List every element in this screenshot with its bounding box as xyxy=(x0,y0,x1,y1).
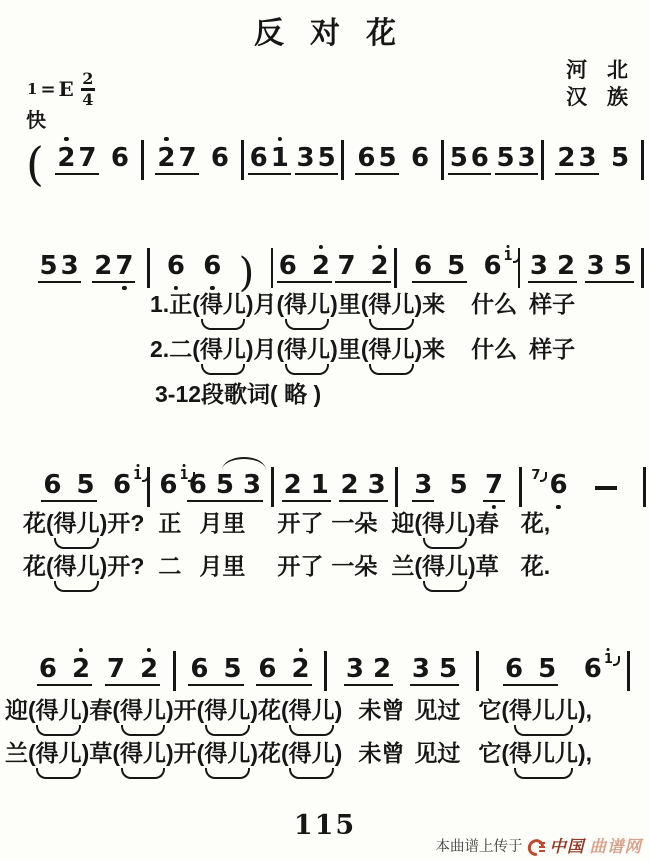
spacer xyxy=(144,554,158,555)
lyric-syllable: (得儿) xyxy=(414,511,475,549)
measure: 5327 xyxy=(26,253,147,283)
note-group: 62 xyxy=(256,656,311,686)
note-digit: 7 xyxy=(115,253,133,279)
lyric-text: 开了 xyxy=(277,511,323,537)
lyric-text: 见过 xyxy=(414,741,460,767)
time-signature: 2 4 xyxy=(81,71,95,108)
spacer xyxy=(517,337,529,338)
lyric-text: 草 xyxy=(89,741,112,767)
spacer xyxy=(245,511,277,512)
lyric-slur xyxy=(201,364,245,375)
lyric-text: 花 xyxy=(258,698,281,724)
note-digit: 5 xyxy=(318,145,336,171)
octave-dot-high xyxy=(298,648,302,652)
note-digit: 7 xyxy=(107,656,125,682)
lyric-line: 兰(得儿)草(得儿)开(得儿)花(得儿)未曾见过它(得儿儿), xyxy=(5,741,592,779)
note-digit: 5 xyxy=(216,472,234,498)
lyric-text: (得儿) xyxy=(46,511,107,537)
lyric-text: (得儿) xyxy=(277,337,338,363)
note-digit: 3 xyxy=(518,145,536,171)
slur-arc xyxy=(222,457,266,472)
lyric-syllable: 兰 xyxy=(5,741,28,767)
lyric-syllable: 迎 xyxy=(391,511,414,537)
lyric-syllable: 见过 xyxy=(414,698,460,724)
note-group: 65 xyxy=(41,472,96,502)
note-digit: 2 xyxy=(72,656,90,682)
note-group: 65 xyxy=(355,145,398,175)
lyric-syllable: 开了 xyxy=(277,554,323,580)
note-group: 61 xyxy=(248,145,291,175)
octave-dot-high xyxy=(136,464,139,467)
note-group: 65 xyxy=(503,656,558,686)
lyric-text: (得儿) xyxy=(46,554,107,580)
lyric-syllable: (得儿) xyxy=(192,337,253,375)
lyric-slur xyxy=(205,725,249,736)
spacer xyxy=(377,554,391,555)
spacer xyxy=(245,554,277,555)
note-digit: 5 xyxy=(450,145,468,171)
note-digit: 7 xyxy=(178,145,196,171)
lyric-line: 1.正(得儿)月(得儿)里(得儿)来什么样子 xyxy=(150,292,575,330)
note-group: 35 xyxy=(410,656,459,686)
note-digit: 6 xyxy=(189,472,207,498)
spacer xyxy=(342,698,358,699)
lyric-slur xyxy=(54,581,98,592)
note-digit: 2 xyxy=(341,472,359,498)
lyric-text: 一朵 xyxy=(331,511,377,537)
meter-denominator: 4 xyxy=(82,92,93,108)
note-group: 53 xyxy=(38,253,81,283)
note-group: 32 xyxy=(344,656,393,686)
lyric-slur xyxy=(369,319,413,330)
lyric-text: 花 xyxy=(23,554,46,580)
lyric-text: 样子 xyxy=(529,292,575,318)
lyric-syllable: (得儿) xyxy=(112,698,173,736)
note-digit: 2 xyxy=(140,656,158,682)
lyric-syllable: 花 xyxy=(23,511,46,537)
lyric-syllable: (得儿) xyxy=(46,554,107,592)
lyric-text: 未曾 xyxy=(358,698,404,724)
lyric-slur xyxy=(205,768,249,779)
spacer xyxy=(499,511,521,512)
note-digit: 5 xyxy=(538,656,556,682)
notation-line: 656161653212335767 xyxy=(26,467,646,502)
lyric-text: 月 xyxy=(254,337,277,363)
watermark-site-name-light: 曲谱网 xyxy=(590,833,643,857)
close-paren-glyph: ) xyxy=(239,256,255,290)
lyric-syllable: 兰 xyxy=(391,554,414,580)
lyric-text: (得儿) xyxy=(112,698,173,724)
note: 6 xyxy=(210,145,230,175)
lyric-syllable: 花 xyxy=(258,741,281,767)
lyric-text: 花, xyxy=(521,511,550,537)
lyric-text: , xyxy=(586,741,592,767)
lyric-text: 月里 xyxy=(199,511,245,537)
key-tonic-number: 1 xyxy=(27,80,37,98)
note: 6 xyxy=(110,145,130,175)
lyric-syllable: (得儿) xyxy=(28,698,89,736)
lyric-syllable: 来 xyxy=(422,337,445,363)
measure: 6561 xyxy=(26,472,147,502)
lyric-text: (得儿) xyxy=(197,698,258,724)
note-digit: 2 xyxy=(284,472,302,498)
octave-dot-high xyxy=(607,648,610,651)
meter-numerator: 2 xyxy=(82,71,93,87)
lyric-syllable: 花 xyxy=(23,554,46,580)
note: 61 xyxy=(158,472,178,502)
tempo-marking: 快 xyxy=(26,104,46,133)
notation-line: 532766)627265613235 xyxy=(26,248,644,283)
measure: 357 xyxy=(398,472,519,502)
note-digit: 6 xyxy=(471,145,489,171)
grace-digit: 1 xyxy=(504,250,513,263)
spacer xyxy=(181,554,199,555)
measure: 2123 xyxy=(274,472,395,502)
lyric-text: 迎 xyxy=(391,511,414,537)
lyric-text: 花 xyxy=(258,741,281,767)
note-digit: 6 xyxy=(279,253,297,279)
note-digit: 2 xyxy=(291,656,309,682)
note: 61 xyxy=(482,253,502,283)
lyric-text: 它 xyxy=(478,741,501,767)
lyric-text: 春 xyxy=(89,698,112,724)
spacer xyxy=(404,698,414,699)
lyric-syllable: 2. xyxy=(150,337,169,363)
note-digit: 3 xyxy=(346,656,364,682)
lyric-text: (得儿) xyxy=(277,292,338,318)
lyric-text: (得儿) xyxy=(28,698,89,724)
lyric-slur xyxy=(369,364,413,375)
lyric-syllable: 月 xyxy=(254,292,277,318)
measure: 276 xyxy=(144,145,241,175)
note-digit: 5 xyxy=(378,145,396,171)
lyric-text: (得儿) xyxy=(281,698,342,724)
lyric-syllable: 草 xyxy=(476,554,499,580)
lyric-syllable: (得儿儿) xyxy=(501,741,585,779)
lyric-text: (得儿) xyxy=(197,741,258,767)
notation-line: (27627661356565653235 xyxy=(26,140,644,175)
lyric-text: 开 xyxy=(174,741,197,767)
note-group: 65 xyxy=(188,656,243,686)
note-digit: 7 xyxy=(485,472,503,498)
spacer xyxy=(181,511,199,512)
note-digit: 6 xyxy=(159,472,177,498)
octave-dot-high xyxy=(507,245,510,248)
page-title: 反对花 xyxy=(254,8,422,52)
lyric-syllable: 开了 xyxy=(277,511,323,537)
lyric-syllable: (得儿) xyxy=(197,741,258,779)
note-digit: 6 xyxy=(39,656,57,682)
note-digit: 6 xyxy=(211,145,229,171)
key-signature: 1 = E 2 4 xyxy=(27,71,95,108)
note: 6 xyxy=(410,145,430,175)
lyric-text: (得儿) xyxy=(192,337,253,363)
note-digit: 6 xyxy=(411,145,429,171)
lyric-text: (得儿) xyxy=(361,292,422,318)
lyric-syllable: 二 xyxy=(158,554,181,580)
note-digit: 6 xyxy=(113,472,131,498)
grace-digit: 1 xyxy=(133,469,142,482)
lyric-line: 花(得儿)开?正月里开了一朵迎(得儿)春花, xyxy=(23,511,550,549)
octave-dot-high xyxy=(319,245,323,249)
spacer xyxy=(460,741,478,742)
lyric-text: , xyxy=(586,698,592,724)
watermark-text: 本曲谱上传于 xyxy=(436,835,523,856)
lyric-text: 月里 xyxy=(199,554,245,580)
lyric-text: 2. xyxy=(150,337,169,363)
measure: 6272 xyxy=(24,656,173,686)
lyric-text: (得儿) xyxy=(361,337,422,363)
lyric-syllable: 它 xyxy=(478,741,501,767)
lyric-text: 二 xyxy=(158,554,181,580)
lyric-text: 花. xyxy=(521,554,550,580)
lyric-text: 兰 xyxy=(391,554,414,580)
octave-dot-high xyxy=(164,137,168,141)
note-group: 27 xyxy=(55,145,98,175)
note-digit: 2 xyxy=(157,145,175,171)
lyric-text: (得儿儿) xyxy=(501,698,585,724)
spacer xyxy=(323,511,331,512)
lyric-syllable: 它 xyxy=(478,698,501,724)
lyric-syllable: 里 xyxy=(338,292,361,318)
note-digit: 3 xyxy=(579,145,597,171)
note-digit: 2 xyxy=(373,656,391,682)
grace-note: 1 xyxy=(604,653,620,666)
lyric-text: 里 xyxy=(338,337,361,363)
measure: 656 xyxy=(344,145,441,175)
lyric-text: 什么 xyxy=(471,337,517,363)
note-group: 3 xyxy=(412,472,434,502)
note-digit: 3 xyxy=(414,472,432,498)
lyric-syllable: 3-12段歌词( 略 ) xyxy=(155,382,321,408)
lyric-syllable: 一朵 xyxy=(331,554,377,580)
note-digit: 3 xyxy=(530,253,548,279)
octave-dot-low xyxy=(492,505,496,509)
lyric-syllable: 里 xyxy=(338,337,361,363)
lyric-line: 2.二(得儿)月(得儿)里(得儿)来什么样子 xyxy=(150,337,575,375)
note-digit: 6 xyxy=(203,253,221,279)
quyipu-logo-icon xyxy=(528,837,545,854)
measure: 276 xyxy=(44,145,141,175)
octave-dot-low xyxy=(122,286,126,290)
octave-dot-low xyxy=(174,286,178,290)
watermark-site-name-bold: 中国 xyxy=(550,833,585,857)
lyric-line: 3-12段歌词( 略 ) xyxy=(155,382,321,408)
note-digit: 2 xyxy=(94,253,112,279)
lyric-text: 3-12段歌词( 略 ) xyxy=(155,382,321,408)
spacer xyxy=(323,554,331,555)
lyric-syllable: 春 xyxy=(89,698,112,724)
octave-dot-high xyxy=(64,137,68,141)
note-digit: 5 xyxy=(614,253,632,279)
measure: 6561 xyxy=(479,656,628,686)
note-digit: 5 xyxy=(40,253,58,279)
extension-dash xyxy=(595,486,617,490)
spacer xyxy=(517,292,529,293)
lyric-text: 开了 xyxy=(277,554,323,580)
lyric-syllable: (得儿) xyxy=(192,292,253,330)
lyric-syllable: 开? xyxy=(107,511,144,537)
note-digit: 6 xyxy=(483,253,501,279)
note-group: 56 xyxy=(448,145,491,175)
note-group: 7 xyxy=(483,472,505,502)
lyric-syllable: 迎 xyxy=(5,698,28,724)
lyric-syllable: 开 xyxy=(174,698,197,724)
lyric-text: 见过 xyxy=(414,698,460,724)
note-digit: 6 xyxy=(167,253,185,279)
lyric-text: 花 xyxy=(23,511,46,537)
notation-line: 6272656232356561 xyxy=(24,651,630,686)
origin-block: 河 北 汉 族 xyxy=(566,57,628,111)
octave-dot-high xyxy=(147,648,151,652)
measure: 6135 xyxy=(244,145,341,175)
note-digit: 2 xyxy=(557,145,575,171)
measure: 66) xyxy=(150,253,271,283)
lyric-slur xyxy=(423,581,467,592)
lyric-syllable: (得儿) xyxy=(281,741,342,779)
note-digit: 5 xyxy=(447,253,465,279)
lyric-text: (得儿) xyxy=(281,741,342,767)
lyric-text: (得儿) xyxy=(112,741,173,767)
grace-note: 1 xyxy=(504,250,520,263)
spacer xyxy=(499,554,521,555)
note-digit: 1 xyxy=(311,472,329,498)
octave-dot-low xyxy=(556,505,560,509)
lyric-syllable: 样子 xyxy=(529,337,575,363)
note-digit: 3 xyxy=(587,253,605,279)
measure: 6562 xyxy=(176,656,325,686)
note-digit: 3 xyxy=(243,472,261,498)
spacer xyxy=(377,511,391,512)
spacer xyxy=(445,337,471,338)
lyric-text: (得儿儿) xyxy=(501,741,585,767)
note-group: 72 xyxy=(105,656,160,686)
lyric-slur xyxy=(201,319,245,330)
lyric-syllable: 一朵 xyxy=(331,511,377,537)
lyric-slur xyxy=(121,725,165,736)
lyric-syllable: 花, xyxy=(521,511,550,537)
lyric-line: 迎(得儿)春(得儿)开(得儿)花(得儿)未曾见过它(得儿儿), xyxy=(5,698,592,736)
lyric-syllable: 来 xyxy=(422,292,445,318)
lyric-syllable: (得儿) xyxy=(361,292,422,330)
lyric-text: 样子 xyxy=(529,337,575,363)
note-group: 21 xyxy=(282,472,331,502)
lyric-text: 一朵 xyxy=(331,554,377,580)
lyric-syllable: 什么 xyxy=(471,292,517,318)
key-note: E xyxy=(59,77,74,101)
note-digit: 7 xyxy=(78,145,96,171)
note-group: 62 xyxy=(37,656,92,686)
lyric-text: 迎 xyxy=(5,698,28,724)
note-group: 27 xyxy=(92,253,135,283)
note-digit: 5 xyxy=(223,656,241,682)
octave-dot-high xyxy=(278,137,282,141)
lyric-syllable: 未曾 xyxy=(358,698,404,724)
note-digit: 5 xyxy=(439,656,457,682)
note-group: 35 xyxy=(585,253,634,283)
measure: 61653 xyxy=(150,472,271,502)
lyric-text: 1. xyxy=(150,292,169,318)
lyric-text: 开? xyxy=(107,554,144,580)
barline xyxy=(643,467,646,507)
measure: 6561 xyxy=(397,253,518,283)
lyric-syllable: 花. xyxy=(521,554,550,580)
spacer xyxy=(404,741,414,742)
note-digit: 5 xyxy=(450,472,468,498)
barline xyxy=(641,140,644,180)
lyric-text: 开? xyxy=(107,511,144,537)
watermark: 本曲谱上传于 中国 曲谱网 xyxy=(436,833,643,857)
note-digit: 6 xyxy=(258,656,276,682)
measure: 6272 xyxy=(273,253,394,283)
lyric-text: 开 xyxy=(174,698,197,724)
lyric-syllable: (得儿) xyxy=(277,337,338,375)
lyric-syllable: 1. xyxy=(150,292,169,318)
lyric-text: 来 xyxy=(422,337,445,363)
note-digit: 2 xyxy=(557,253,575,279)
note: 61 xyxy=(112,472,132,502)
lyric-syllable: 未曾 xyxy=(358,741,404,767)
lyric-syllable: 正 xyxy=(169,292,192,318)
lyric-text: (得儿) xyxy=(192,292,253,318)
lyric-syllable: 月里 xyxy=(199,554,245,580)
lyric-text: (得儿) xyxy=(414,511,475,537)
note-digit: 3 xyxy=(412,656,430,682)
open-paren-glyph: ( xyxy=(26,145,44,184)
note-digit: 5 xyxy=(497,145,515,171)
barline xyxy=(641,248,644,288)
note-group: 62 xyxy=(277,253,332,283)
origin-region: 河 北 xyxy=(566,57,628,84)
lyric-text: 月 xyxy=(254,292,277,318)
barline xyxy=(627,651,630,691)
lyric-text: 来 xyxy=(422,292,445,318)
note-digit: 6 xyxy=(505,656,523,682)
note-digit: 6 xyxy=(111,145,129,171)
note-group: 35 xyxy=(295,145,338,175)
lyric-slur xyxy=(285,364,329,375)
note-digit: 2 xyxy=(371,253,389,279)
lyric-text: 正 xyxy=(169,292,192,318)
lyric-syllable: 什么 xyxy=(471,337,517,363)
lyric-slur xyxy=(514,768,574,779)
note-digit: 6 xyxy=(414,253,432,279)
spacer xyxy=(445,292,471,293)
note-digit: 6 xyxy=(584,656,602,682)
measure: 3235 xyxy=(520,253,641,283)
note: 6 xyxy=(202,253,222,283)
note-group: 72 xyxy=(335,253,390,283)
measure: 5653 xyxy=(444,145,541,175)
lyric-slur xyxy=(285,319,329,330)
note-digit: 7 xyxy=(337,253,355,279)
grace-note: 7 xyxy=(531,469,547,482)
note: 6 xyxy=(166,253,186,283)
lyric-syllable: 月里 xyxy=(199,511,245,537)
origin-ethnicity: 汉 族 xyxy=(566,84,628,111)
octave-dot-high xyxy=(182,464,185,467)
note-group: 27 xyxy=(155,145,198,175)
measure: 3235 xyxy=(327,656,476,686)
measure: 235 xyxy=(544,145,641,175)
grace-note: 1 xyxy=(133,469,149,482)
lyric-syllable: (得儿) xyxy=(361,337,422,375)
lyric-line: 花(得儿)开?二月里开了一朵兰(得儿)草花. xyxy=(23,554,550,592)
logo-lines xyxy=(539,842,545,852)
lyric-text: 正 xyxy=(158,511,181,537)
lyric-slur xyxy=(36,768,80,779)
lyric-syllable: , xyxy=(586,698,592,724)
